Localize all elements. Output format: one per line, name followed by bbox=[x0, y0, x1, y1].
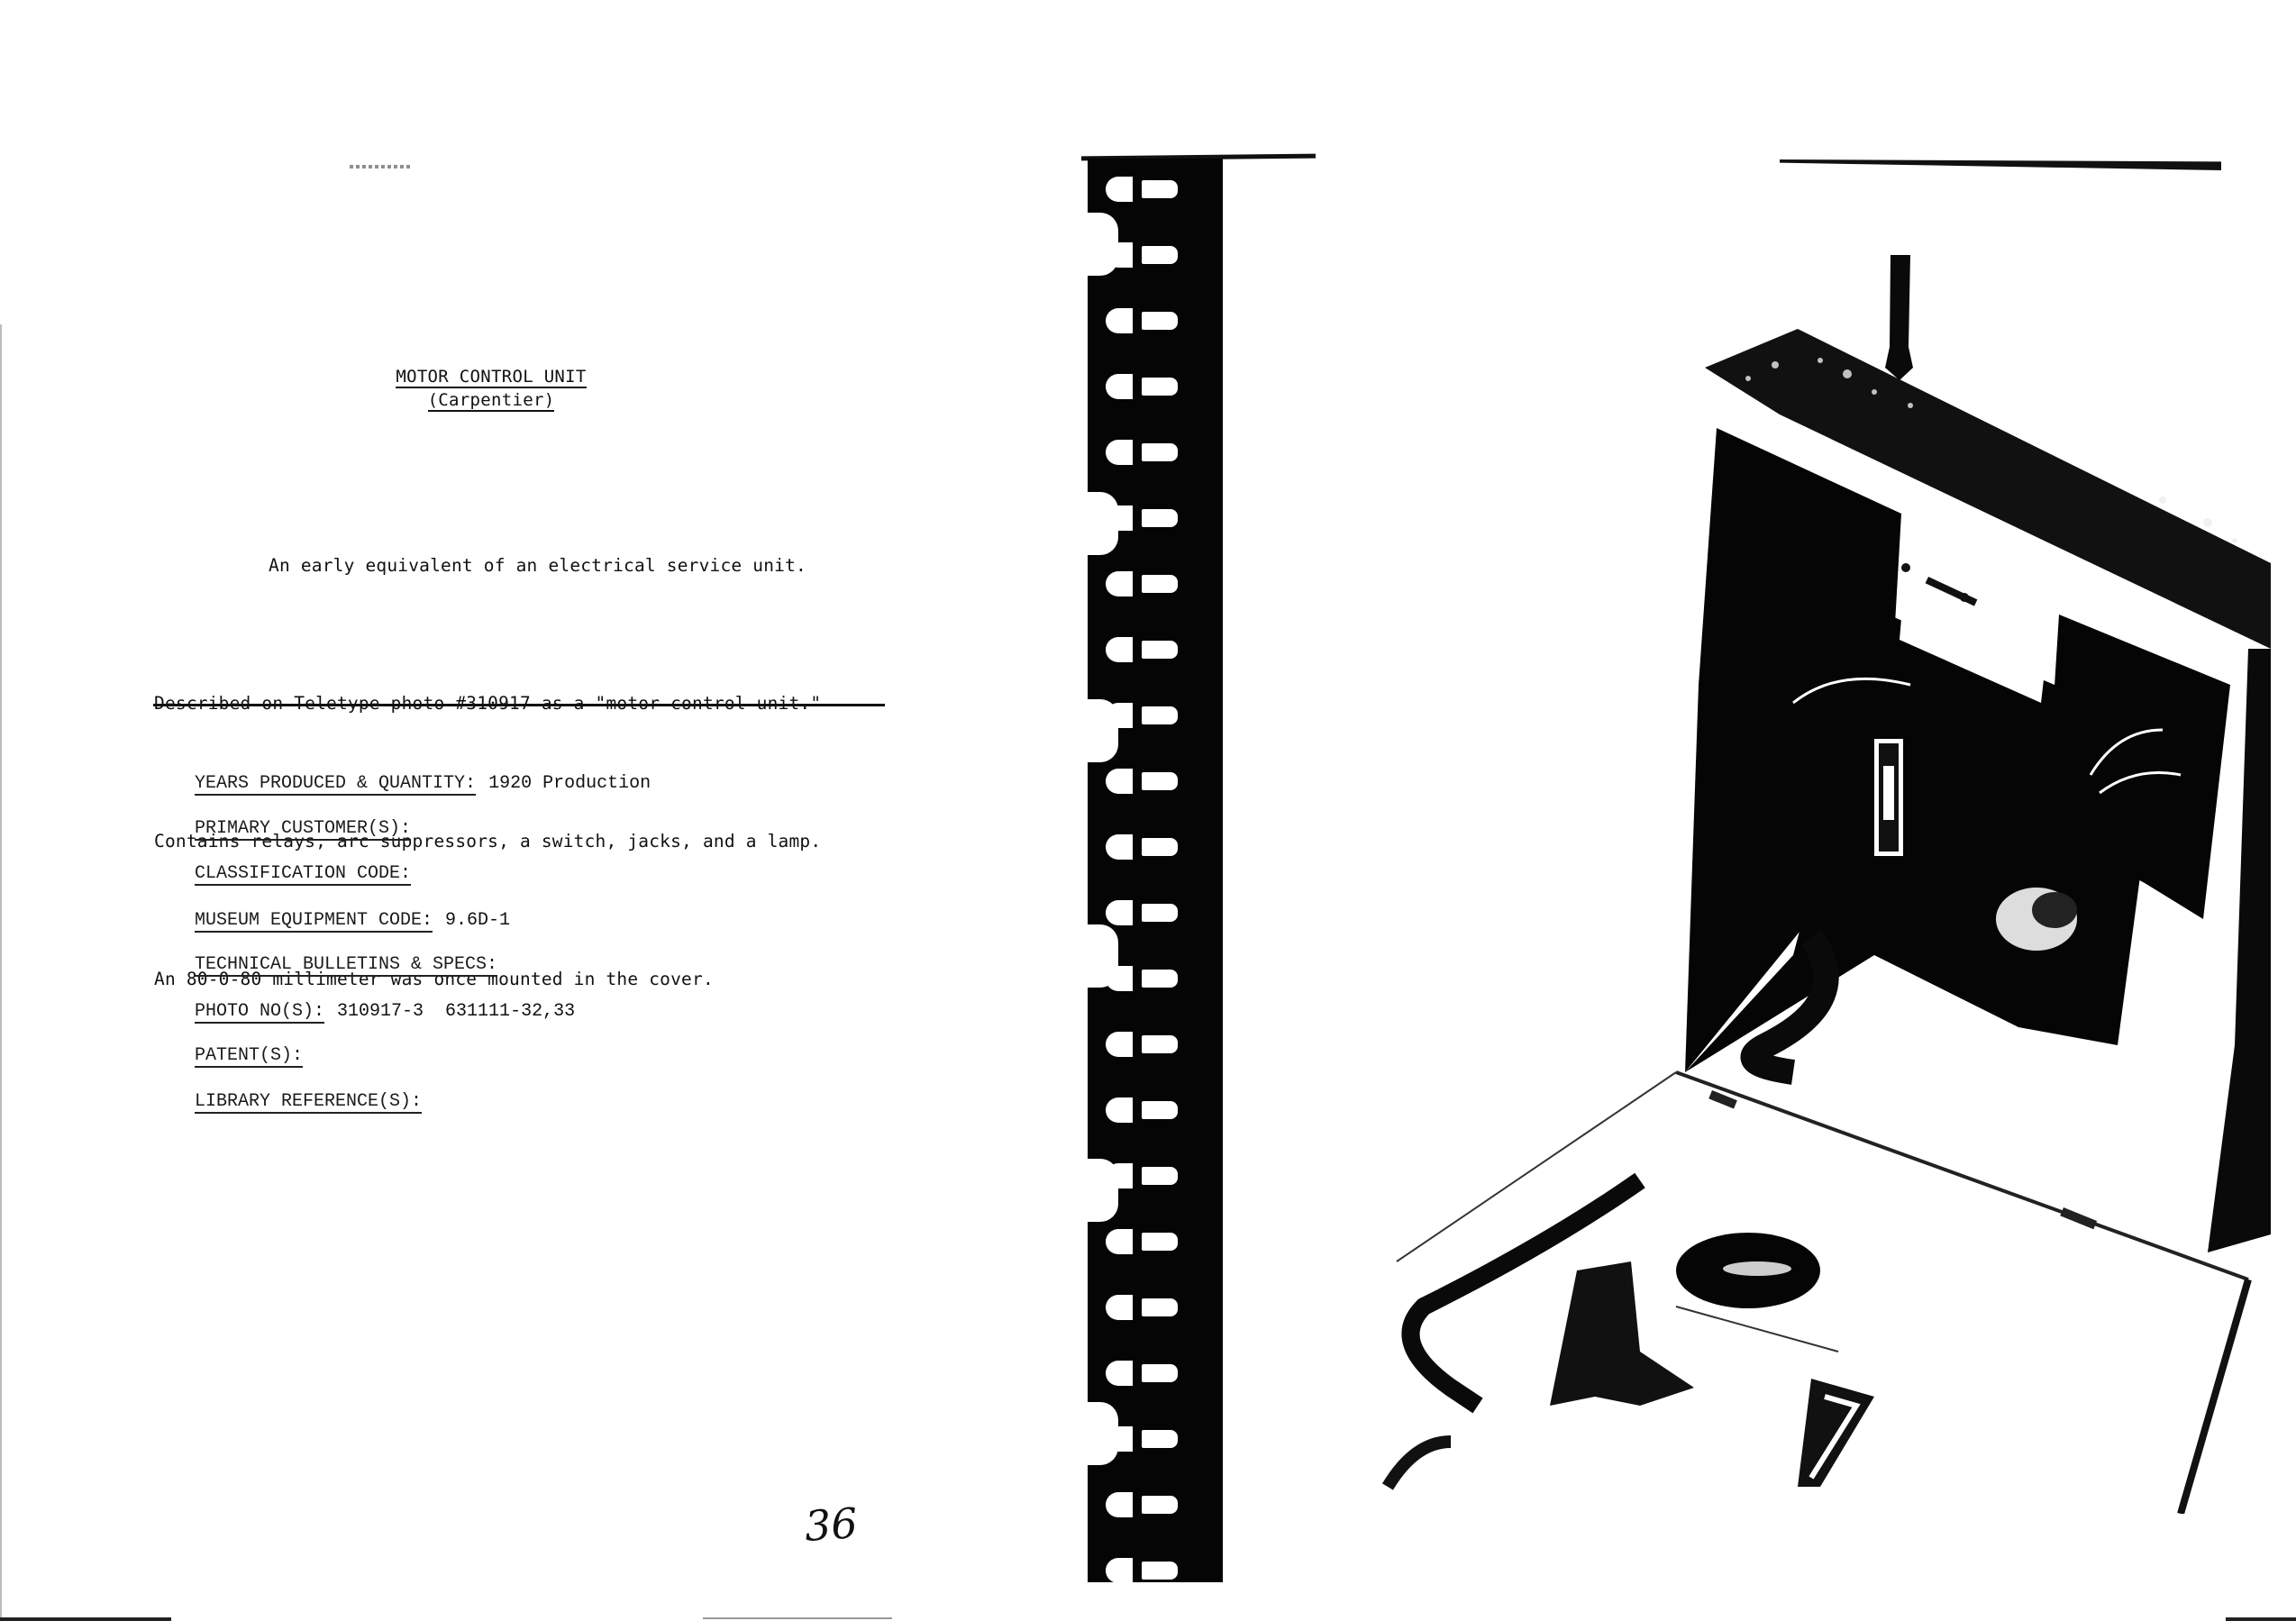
film-tab-icon bbox=[1142, 1364, 1178, 1382]
film-edge-wear bbox=[1082, 924, 1118, 988]
film-tab-icon bbox=[1142, 706, 1178, 724]
film-tab-icon bbox=[1142, 1233, 1178, 1251]
film-tab-icon bbox=[1142, 378, 1178, 396]
field-library-references: LIBRARY REFERENCE(S): bbox=[195, 1092, 651, 1138]
film-sprocket-icon bbox=[1106, 769, 1133, 794]
film-sprocket-icon bbox=[1106, 1032, 1133, 1057]
field-value: 9.6D-1 bbox=[445, 910, 510, 931]
field-years-produced: YEARS PRODUCED & QUANTITY: 1920 Producti… bbox=[195, 773, 651, 819]
film-tab-icon bbox=[1142, 180, 1178, 198]
field-primary-customers: PRIMARY CUSTOMER(S): bbox=[195, 819, 651, 865]
film-tab-icon bbox=[1142, 1562, 1178, 1580]
field-label: CLASSIFICATION CODE: bbox=[195, 864, 411, 886]
scan-bottom-edge bbox=[703, 1617, 892, 1619]
film-sprocket-icon bbox=[1106, 1492, 1133, 1517]
film-sprocket-icon bbox=[1106, 571, 1133, 596]
film-sprocket-icon bbox=[1106, 1361, 1133, 1386]
document-heading: MOTOR CONTROL UNIT (Carpentier) bbox=[387, 365, 595, 412]
field-technical-bulletins: TECHNICAL BULLETINS & SPECS: bbox=[195, 955, 651, 1001]
field-label: PHOTO NO(S): bbox=[195, 1002, 324, 1024]
film-tab-icon bbox=[1142, 312, 1178, 330]
film-sprocket-icon bbox=[1106, 1558, 1133, 1583]
film-tab-icon bbox=[1142, 575, 1178, 593]
scan-bottom-edge bbox=[2226, 1617, 2296, 1621]
film-tab-icon bbox=[1142, 1035, 1178, 1053]
field-photo-numbers: PHOTO NO(S): 310917-3 631111-32,33 bbox=[195, 1001, 651, 1047]
film-tab-icon bbox=[1142, 772, 1178, 790]
film-sprocket-icon bbox=[1106, 1229, 1133, 1254]
film-tab-icon bbox=[1142, 1496, 1178, 1514]
catalog-fields: YEARS PRODUCED & QUANTITY: 1920 Producti… bbox=[195, 773, 651, 1137]
scan-left-edge bbox=[0, 324, 2, 1621]
film-sprocket-icon bbox=[1106, 440, 1133, 465]
film-sprocket-icon bbox=[1106, 1295, 1133, 1320]
field-patents: PATENT(S): bbox=[195, 1046, 651, 1092]
film-edge-wear bbox=[1082, 1402, 1118, 1465]
film-tab-icon bbox=[1142, 1298, 1178, 1316]
field-value: 1920 Production bbox=[488, 773, 651, 794]
film-tab-icon bbox=[1142, 904, 1178, 922]
film-tab-icon bbox=[1142, 1430, 1178, 1448]
film-tab-icon bbox=[1142, 970, 1178, 988]
film-tab-icon bbox=[1142, 641, 1178, 659]
motor-control-unit-image bbox=[1370, 144, 2271, 1514]
field-label: PATENT(S): bbox=[195, 1046, 303, 1068]
film-sprocket-icon bbox=[1106, 177, 1133, 202]
film-sprocket-icon bbox=[1106, 374, 1133, 399]
document-subtitle: (Carpentier) bbox=[428, 390, 555, 412]
equipment-photo bbox=[1370, 144, 2271, 1514]
film-sprocket-icon bbox=[1106, 834, 1133, 860]
film-sprocket-icon bbox=[1106, 637, 1133, 662]
film-tab-icon bbox=[1142, 443, 1178, 461]
field-classification-code: CLASSIFICATION CODE: bbox=[195, 864, 651, 910]
scan-bottom-edge bbox=[0, 1617, 171, 1621]
film-tab-icon bbox=[1142, 509, 1178, 527]
handwritten-page-number: 36 bbox=[803, 1498, 859, 1551]
document-title: MOTOR CONTROL UNIT bbox=[396, 367, 586, 388]
film-tab-icon bbox=[1142, 1101, 1178, 1119]
field-label: MUSEUM EQUIPMENT CODE: bbox=[195, 911, 433, 933]
film-sprocket-icon bbox=[1106, 308, 1133, 333]
film-edge-wear bbox=[1082, 699, 1118, 762]
field-value: 310917-3 631111-32,33 bbox=[337, 1001, 575, 1022]
field-label: TECHNICAL BULLETINS & SPECS: bbox=[195, 955, 497, 977]
field-museum-equipment-code: MUSEUM EQUIPMENT CODE: 9.6D-1 bbox=[195, 910, 651, 956]
field-label: LIBRARY REFERENCE(S): bbox=[195, 1092, 422, 1114]
film-sprocket-icon bbox=[1106, 900, 1133, 925]
film-sprocket-icon bbox=[1106, 1097, 1133, 1123]
film-edge-wear bbox=[1082, 492, 1118, 555]
film-tab-icon bbox=[1142, 1167, 1178, 1185]
film-tab-icon bbox=[1142, 838, 1178, 856]
field-label: YEARS PRODUCED & QUANTITY: bbox=[195, 774, 476, 796]
film-strip-binding bbox=[1088, 159, 1223, 1582]
description-line: An early equivalent of an electrical ser… bbox=[154, 542, 893, 588]
field-label: PRIMARY CUSTOMER(S): bbox=[195, 819, 411, 841]
film-edge-wear bbox=[1082, 1159, 1118, 1222]
section-divider bbox=[153, 704, 885, 706]
film-tab-icon bbox=[1142, 246, 1178, 264]
scan-artifact bbox=[350, 165, 413, 168]
film-edge-wear bbox=[1082, 213, 1118, 276]
